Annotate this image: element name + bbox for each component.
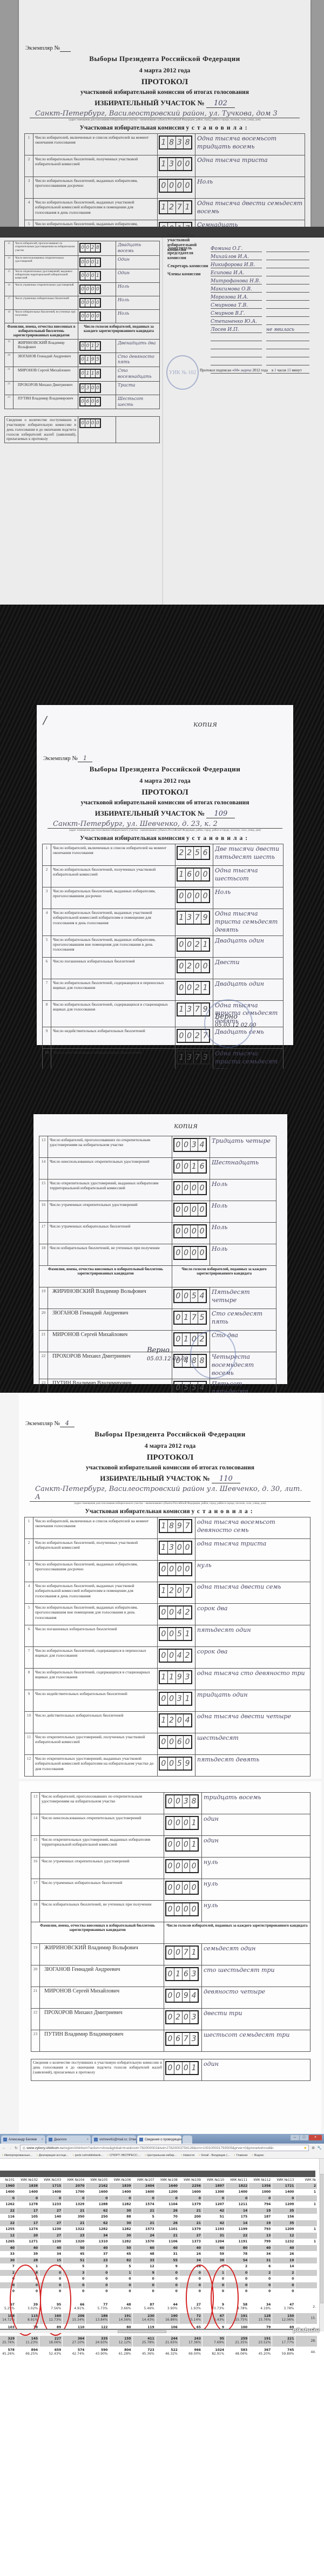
commission-member-row: Митрофанова Н.В.: [167, 276, 309, 284]
bookmark-item[interactable]: ▪Gmail - Входящие (...: [199, 2154, 230, 2157]
line-description: Число избирателей, включенных в список и…: [33, 1517, 158, 1539]
line-description: Число избирательных бюллетеней, выданных…: [33, 220, 158, 227]
polling-station: ИЗБИРАТЕЛЬНЫЙ УЧАСТОК № 109: [37, 809, 293, 818]
table-cell: [295, 2214, 317, 2220]
browser-tab[interactable]: Сведения о проводящихся×: [137, 2136, 181, 2144]
digit: 5: [96, 356, 100, 363]
value-in-words: Шестнадцать: [210, 1158, 276, 1179]
line-number: 1: [43, 844, 51, 866]
line-number: 13: [39, 1136, 48, 1158]
digit-boxes: 1600: [177, 867, 210, 882]
digit: 8: [190, 1795, 198, 1807]
table-cell: 1320: [63, 2239, 85, 2245]
digit-boxes: 1204: [159, 1713, 192, 1727]
digit: 0: [178, 982, 186, 994]
digit-boxes: 0021: [177, 981, 210, 995]
value-in-words: пятьдесят девять: [195, 1755, 310, 1777]
browser-toolbar: ← → ↻ ◎ www.vybory.izbirkom.ru/region/iz…: [0, 2144, 324, 2152]
member-name: Смирнов В.Г.: [211, 311, 262, 317]
line-number: 23: [31, 2030, 40, 2052]
table-cell: 0: [133, 2289, 156, 2295]
table-cell: 799: [249, 2239, 272, 2245]
table-cell: 48: [133, 2252, 156, 2258]
digit-boxes: 1379: [177, 911, 210, 925]
browser-tab[interactable]: Диалоги×: [46, 2136, 91, 2144]
digit: 2: [168, 1714, 176, 1726]
digit: 0: [184, 180, 191, 192]
table-cell: 51: [202, 2214, 225, 2220]
digit: 0: [168, 1736, 176, 1748]
table-cell: 12815.76%: [249, 2313, 272, 2324]
protocol-header: Экземпляр №4Выборы Президента Российской…: [19, 1420, 321, 1483]
digit: 0: [174, 1312, 183, 1324]
digit: 1: [201, 982, 209, 994]
value-in-words: Две тысячи двести пятьдесят шесть: [213, 844, 283, 866]
tab-title: Александр Беляев: [9, 2138, 37, 2141]
protocol-line: 2Число избирательных бюллетеней, получен…: [43, 866, 283, 887]
line-description: Число избирательных бюллетеней, выданных…: [51, 887, 175, 909]
digit: 8: [168, 137, 176, 148]
bookmark-icon: ▪: [107, 2154, 109, 2157]
protocol-line: 10Число действительных избирательных бюл…: [43, 1049, 283, 1069]
table-header-bar: [0, 2171, 315, 2177]
line-description: Число избирателей, проголосовавших по от…: [13, 241, 78, 256]
bookmark-item[interactable]: ▪Импортированные...: [2, 2154, 32, 2157]
table-cell: 57845.26%: [0, 2347, 16, 2358]
established-heading: Участковая избирательная комиссия устано…: [19, 125, 310, 131]
digit: 2: [91, 244, 96, 252]
table-cell: 17: [16, 2220, 39, 2226]
column-header: УИК №112: [249, 2178, 272, 2182]
close-tab-icon[interactable]: ×: [41, 2138, 43, 2141]
member-signature: [266, 365, 309, 365]
line-number: 2: [43, 866, 51, 887]
digit: 0: [174, 1795, 183, 1807]
table-cell: 1233: [39, 2202, 62, 2208]
vote-percent: 21.65%: [157, 2341, 178, 2345]
digit-boxes: 0059: [159, 1757, 192, 1771]
signed-datetime: Протокол подписан «04» марта 2012 года в…: [200, 368, 302, 372]
table-cell: 26: [156, 2208, 179, 2214]
table-cell: 7: [0, 2264, 16, 2270]
document-subtitle: участковой избирательной комиссии об ито…: [19, 89, 310, 96]
close-button[interactable]: ×: [309, 2135, 322, 2140]
bookmark-icon: ▪: [145, 2154, 146, 2157]
line-number: 9: [43, 1027, 51, 1049]
commission-member-row: Максимова О.В.: [167, 284, 309, 293]
digit: 0: [166, 1947, 174, 1958]
address-caption: (адрес помещения для голосования избират…: [30, 119, 300, 121]
protocol-line: 13Число избирателей, проголосовавших по …: [39, 1136, 276, 1158]
column-header: УИК №109: [179, 2178, 202, 2182]
digit-boxes: 0051: [159, 1627, 192, 1641]
table-cell: 1191: [226, 2239, 248, 2245]
table-cell: 1839: [109, 2183, 132, 2189]
digit: 0: [178, 1030, 186, 1042]
table-cell: 1400: [226, 2189, 248, 2195]
line-description: Число утраченных открепительных удостове…: [48, 1201, 172, 1223]
digit: 0: [85, 244, 90, 252]
table-row: 1960183817152070216218392404164022561897…: [0, 2183, 317, 2189]
digit: 7: [183, 2033, 191, 2045]
digit: 0: [174, 2062, 183, 2074]
votes-in-words: Пятьдесят четыре: [210, 1287, 276, 1309]
digit: 0: [174, 1204, 183, 1216]
vote-percent: 5.73%: [87, 2307, 107, 2311]
digit: 0: [91, 299, 96, 307]
tab-title: Сведения о проводящихся: [145, 2138, 181, 2141]
votes-in-words: девяносто четыре: [202, 1987, 310, 2009]
table-cell: 0: [249, 2276, 272, 2282]
bookmark-item[interactable]: ▪СПОРТ-ЭКСПРЕСС:...: [107, 2154, 140, 2157]
bookmark-item[interactable]: ▪Центральная избир...: [145, 2154, 177, 2157]
vote-percent: 16.86%: [157, 2319, 178, 2322]
digit: 0: [174, 1247, 183, 1259]
value-in-words: Двадцать восемь: [116, 241, 160, 256]
digit: 3: [190, 2033, 198, 2045]
protocol-line: 7Число избирательных бюллетеней, содержа…: [43, 979, 283, 1000]
table-cell: 13: [249, 2233, 272, 2239]
digit: 8: [96, 370, 100, 377]
digit: 7: [194, 912, 202, 924]
table-cell: 1193: [202, 2227, 225, 2233]
table-cell: 33524.93%: [86, 2336, 109, 2347]
digit-boxes: 0001: [165, 2061, 199, 2075]
protocol-line: 3Число избирательных бюллетеней, выданны…: [43, 887, 283, 909]
table-cell: 89469.25%: [16, 2347, 39, 2358]
column-header: УИК №106: [109, 2178, 132, 2182]
wrench-icon[interactable]: 🔧: [318, 2146, 322, 2150]
bookmark-item[interactable]: ▪pscb.ru/mobilebank...: [73, 2154, 103, 2157]
member-name: [211, 373, 262, 374]
value-in-words: Ноль: [195, 177, 305, 199]
digit: 4: [176, 1606, 184, 1618]
table-cell: 0: [272, 2195, 295, 2201]
table-cell: 0: [86, 2276, 109, 2282]
digit: 0: [166, 1903, 174, 1915]
table-cell: 19: [272, 2258, 295, 2263]
digit-boxes: 0038: [165, 1794, 199, 1808]
line-number: 17: [39, 1223, 48, 1244]
line-description: Число неиспользованных открепительных уд…: [40, 1814, 164, 1836]
value-in-words: нуль: [195, 1561, 310, 1582]
value-in-words: Одна тысяча восемьсот тридцать восемь: [195, 134, 305, 155]
digit: 0: [183, 1860, 191, 1872]
line-number: 15: [39, 1179, 48, 1201]
digit: 0: [160, 180, 168, 192]
vote-percent: 12.12%: [110, 2341, 131, 2345]
votes-in-words: Двенадцать два: [116, 339, 160, 352]
votes-in-words: двести три: [202, 2009, 310, 2030]
commission-signatures: Председатель участковой избирательной ко…: [167, 244, 309, 374]
table-cell: 875.46%: [133, 2302, 156, 2313]
table-row: 1262127812331329128812821574110413791207…: [0, 2202, 317, 2208]
line-number: 5: [25, 1604, 33, 1625]
digit-boxes: 1379: [177, 1002, 210, 1016]
table-cell: 1310: [86, 2239, 109, 2245]
table-cell: 1300: [202, 2189, 225, 2195]
table-cell: 2: [272, 2270, 295, 2276]
table-cell: 57442.74%: [63, 2347, 85, 2358]
protocol-line: 9Число недействительных избирательных бю…: [25, 1690, 310, 1712]
table-cell: 65952.43%: [39, 2347, 62, 2358]
digit-boxes: 0001: [79, 271, 101, 281]
commission-stamp: УИК № 102: [166, 355, 199, 390]
close-tab-icon[interactable]: ×: [86, 2138, 89, 2141]
line-number: 6: [25, 1625, 33, 1647]
column-header: №101: [0, 2178, 16, 2182]
digit-boxes: 0300: [79, 383, 101, 393]
table-cell: 1106: [156, 2239, 179, 2245]
station-address: Санкт-Петербург, Василеостровский район,…: [30, 110, 300, 118]
new-tab-button[interactable]: [183, 2136, 192, 2144]
table-cell: 0: [16, 2195, 39, 2201]
digit-boxes: 0000: [165, 1881, 199, 1895]
table-cell: 72345.36%: [133, 2347, 156, 2358]
vote-percent: 2.: [296, 2306, 316, 2309]
digit-boxes: 0000: [79, 418, 101, 428]
digit: 0: [191, 1182, 199, 1194]
table-cell: 473.78%: [272, 2302, 295, 2313]
bookmark-item[interactable]: ▪Новости: [181, 2154, 194, 2157]
votes-in-words: шестьсот семьдесят три: [202, 2030, 310, 2052]
table-cell: 1255: [0, 2227, 16, 2233]
table-cell: 0: [86, 2282, 109, 2288]
digit: 6: [198, 1161, 206, 1172]
value-in-words: нуль: [202, 1901, 310, 1922]
table-row: 1400140014001700160014001600120016001300…: [0, 2189, 317, 2195]
vote-percent: 5.46%: [134, 2307, 154, 2311]
digit: 0: [166, 1990, 174, 2002]
back-icon[interactable]: ←: [2, 2146, 6, 2150]
table-cell: 443.90%: [156, 2302, 179, 2313]
table-cell: 350: [63, 2214, 85, 2220]
protocol-line: 17Число утраченных избирательных бюллете…: [5, 296, 160, 309]
digit-boxes: 1300: [159, 157, 192, 171]
table-cell: 14: [226, 2208, 248, 2214]
value-in-words: один: [202, 1814, 310, 1836]
line-description: Число избирательных бюллетеней, выданных…: [33, 1604, 158, 1625]
digit: 0: [183, 1817, 191, 1829]
vote-percent: 11.23%: [17, 2341, 38, 2345]
horizontal-scrollbar[interactable]: [0, 2329, 319, 2333]
table-cell: 1700: [63, 2189, 85, 2195]
table-cell: 50: [63, 2245, 85, 2251]
vote-percent: 44.: [296, 2351, 316, 2355]
digit: 0: [190, 1903, 198, 1915]
vote-percent: 4.19%: [250, 2307, 271, 2311]
table-cell: 1104: [156, 2202, 179, 2208]
line-number: 2: [25, 155, 33, 177]
digit: 9: [183, 1990, 191, 2002]
complaints-row: Сведения о количестве поступивших в учас…: [31, 2059, 310, 2081]
candidate-name: ЗЮГАНОВ Геннадий Андреевич: [48, 1309, 172, 1331]
digit: 6: [183, 1968, 191, 1980]
digit: 1: [174, 1968, 183, 1980]
member-signature: не явилась: [266, 327, 309, 333]
candidate-row: 23ПУТИН Владимир Владимирович0606Шестьсо…: [5, 395, 160, 409]
digit: 0: [201, 890, 209, 902]
commission-member-row: Лосев И.П.не явилась: [167, 325, 309, 333]
table-cell: 0: [179, 2195, 202, 2201]
bookmark-item[interactable]: ▪Декларация ассоци...: [37, 2154, 69, 2157]
line-description: Число избирательных бюллетеней, содержащ…: [51, 1000, 175, 1027]
line-number: 2: [25, 1539, 33, 1561]
minimize-button[interactable]: –: [291, 2135, 299, 2140]
table-cell: 0: [156, 2270, 179, 2276]
table-cell: [295, 2195, 317, 2201]
extensions-icon[interactable]: ⚙: [312, 2146, 315, 2150]
digit: 3: [190, 2011, 198, 2023]
table-cell: 14511.23%: [16, 2336, 39, 2347]
line-number: 3: [25, 177, 33, 199]
table-cell: 0: [109, 2276, 132, 2282]
polling-station: ИЗБИРАТЕЛЬНЫЙ УЧАСТОК № 110: [19, 1474, 321, 1483]
bookmark-item[interactable]: ▪Яндекс: [252, 2154, 264, 2157]
digit: 1: [183, 1333, 191, 1345]
digit: 0: [176, 1563, 184, 1575]
candidate-row: 20ЗЮГАНОВ Геннадий Андреевич0175Сто семь…: [39, 1309, 276, 1331]
digit: 0: [198, 1225, 206, 1237]
table-cell: 1282: [86, 2227, 109, 2233]
candidate-name: ПУТИН Владимир Владимирович: [40, 2030, 164, 2052]
digit: 5: [176, 1758, 184, 1770]
protocol-line: 4Число избирательных бюллетеней, выданны…: [25, 1582, 310, 1604]
member-signature: [266, 341, 309, 341]
digit: 3: [190, 1968, 198, 1980]
digit: 0: [198, 1182, 206, 1194]
candidate-row: 22ПРОХОРОВ Михаил Дмитриевич0203двести т…: [31, 2009, 310, 2030]
browser-tab[interactable]: Александр Беляев×: [1, 2136, 45, 2144]
star-icon[interactable]: ★: [303, 2146, 307, 2150]
column-header: УИК №110: [202, 2178, 225, 2182]
table-cell: [295, 2289, 317, 2295]
table-cell: 0: [272, 2282, 295, 2288]
digit: 0: [198, 1247, 206, 1259]
digit: 0: [168, 180, 176, 192]
browser-tab[interactable]: vishnev61@mail.ru: Ответ×: [92, 2136, 136, 2144]
address-bar[interactable]: ◎ www.vybory.izbirkom.ru/region/izbirkom…: [20, 2145, 309, 2151]
line-description: Число избирательных бюллетеней, полученн…: [33, 155, 158, 177]
digit: 0: [166, 1882, 174, 1894]
line-description: Число избирательных бюллетеней, содержащ…: [51, 979, 175, 1000]
table-cell: 794: [249, 2202, 272, 2208]
protocol-sheet: копия 13Число избирателей, проголосовавш…: [33, 1114, 287, 1384]
member-name: [211, 349, 262, 349]
vote-percent: 17.36%: [180, 2341, 201, 2345]
bookmark-icon: ▪: [73, 2154, 74, 2157]
browser-window: Александр Беляев×Диалоги×vishnev61@mail.…: [0, 2134, 324, 2335]
maximize-button[interactable]: □: [300, 2135, 308, 2140]
value-in-words: Ноль: [116, 309, 160, 323]
table-cell: 0: [39, 2195, 62, 2201]
digit: 4: [198, 1139, 206, 1151]
digit-boxes: 1271: [159, 200, 192, 214]
vote-percent: 82.91%: [204, 2353, 224, 2356]
vote-percent: 42.74%: [64, 2353, 84, 2356]
value-in-words: Ноль: [210, 1201, 276, 1223]
table-cell: 2: [0, 2270, 16, 2276]
bookmark-icon: ▪: [199, 2154, 200, 2157]
reload-icon[interactable]: ↻: [15, 2146, 17, 2150]
digit-boxes: 1838: [159, 135, 192, 150]
value-in-words: Ноль: [116, 282, 160, 296]
line-description: Число избирательных бюллетеней, не учтен…: [13, 309, 78, 323]
value-in-words: пятьдесят один: [195, 1625, 310, 1647]
table-cell: 344.19%: [249, 2302, 272, 2313]
table-cell: 0: [156, 2276, 179, 2282]
digit: 1: [85, 370, 90, 377]
digit: 0: [91, 272, 96, 280]
line-description: Число утраченных избирательных бюллетене…: [40, 1879, 164, 1901]
commission-stamp: [204, 999, 253, 1048]
digit: 0: [168, 1650, 176, 1662]
protocol-line: 5Число избирательных бюллетеней, выданны…: [43, 936, 283, 957]
digit: 0: [174, 1161, 183, 1172]
digit: 0: [174, 1225, 183, 1237]
digit: 1: [160, 1520, 168, 1532]
protocol-line: 17Число утраченных избирательных бюллете…: [39, 1223, 276, 1244]
digit: 1: [168, 1671, 176, 1683]
digit-boxes: 0012: [79, 341, 101, 351]
document-subtitle: участковой избирательной комиссии об ито…: [19, 1465, 321, 1471]
candidates-header: Фамилии, имена, отчества внесенных в изб…: [5, 323, 160, 339]
digit: 1: [184, 1628, 191, 1640]
election-date: 4 марта 2012 года: [37, 777, 293, 785]
member-name: Степаненко Ю.А.: [211, 319, 262, 325]
digit: 2: [168, 1585, 176, 1597]
highlight-ellipse: [40, 2265, 71, 2336]
member-signature: [266, 284, 309, 284]
digit: 0: [201, 869, 209, 880]
digit: 0: [85, 272, 90, 280]
digit: 1: [201, 939, 209, 951]
value-in-words: одна тысяча восемьсот девяносто семь: [195, 1517, 310, 1539]
line-number: 17: [5, 296, 13, 309]
bookmark-item[interactable]: ▪Главная: [234, 2154, 248, 2157]
digit: 0: [183, 1161, 191, 1172]
table-cell: 42: [202, 2220, 225, 2226]
digit: 0: [168, 223, 176, 227]
digit: 0: [91, 313, 96, 320]
digit-boxes: 0000: [159, 1562, 192, 1576]
vote-percent: 69.25%: [17, 2353, 38, 2356]
station-number: 109: [206, 810, 235, 818]
favicon-icon: [49, 2138, 52, 2141]
table-cell: 1288: [86, 2202, 109, 2208]
table-cell: 41125.78%: [133, 2336, 156, 2347]
digit: 0: [160, 1563, 168, 1575]
digit: 1: [96, 272, 100, 280]
digit-boxes: 0000: [79, 298, 101, 308]
vertical-scrollbar[interactable]: [319, 2159, 324, 2331]
digit: 0: [168, 1693, 176, 1705]
line-number: 18: [39, 1244, 48, 1266]
digit: 0: [184, 158, 191, 170]
digit-boxes: 0031: [159, 1692, 192, 1706]
table-cell: 54: [226, 2258, 248, 2263]
digit: 7: [176, 201, 184, 213]
digit: 3: [201, 1052, 209, 1063]
digit: 4: [190, 1990, 198, 2002]
table-cell: 28: [16, 2258, 39, 2263]
protocol-line: 6Число погашенных избирательных бюллетен…: [43, 957, 283, 979]
bookmark-icon: ▪: [2, 2154, 3, 2157]
commission-member-row: [167, 333, 309, 341]
digit-boxes: 1207: [159, 1584, 192, 1598]
forward-icon[interactable]: →: [9, 2146, 12, 2150]
table-cell: 0: [133, 2195, 156, 2201]
